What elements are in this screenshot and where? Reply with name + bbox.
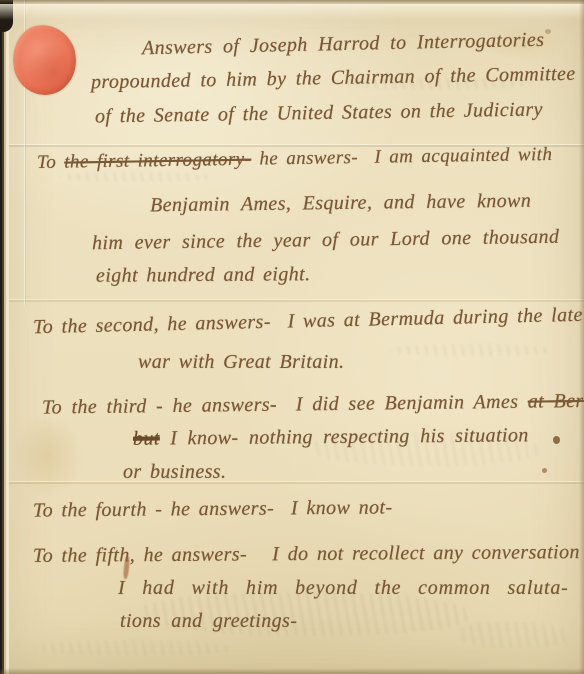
handwritten-text: or business. (123, 461, 226, 483)
handwritten-text: To the second, he answers- I was at Berm… (33, 304, 583, 338)
fold-crease (0, 481, 584, 484)
ink-spot (553, 436, 560, 444)
struck-text: at Bermuda (528, 389, 584, 412)
answer1-line-2: Benjamin Ames, Esquire, and have known (150, 190, 532, 217)
answer3-line-1: To the third - he answers- I did see Ben… (42, 389, 584, 418)
answer5-line-3: tions and greetings- (120, 610, 297, 632)
handwritten-text: war with Great Britain. (138, 351, 344, 373)
answer1-line-1: To the first interrogatory- he answers- … (37, 145, 553, 174)
heading-line-3: of the Senate of the United States on th… (95, 98, 543, 127)
paper-edge-right (579, 0, 584, 674)
bleedthrough-mark (58, 172, 211, 182)
answer1-line-4: eight hundred and eight. (96, 263, 311, 286)
answer2-line-1: To the second, he answers- I was at Berm… (33, 304, 583, 338)
answer4-line-1: To the fourth - he answers- I know not- (33, 496, 393, 521)
handwritten-text: tions and greetings- (120, 610, 297, 632)
paper-edge-bottom (0, 668, 584, 674)
answer1-line-3: him ever since the year of our Lord one … (92, 226, 560, 255)
heading-line-2: propounded to him by the Chairman of the… (91, 63, 576, 93)
handwritten-text: eight hundred and eight. (96, 263, 311, 286)
fold-crease (0, 299, 584, 302)
wax-seal (9, 21, 80, 98)
manuscript-page: Answers of Joseph Harrod to Interrogator… (0, 0, 584, 674)
bleedthrough-mark (388, 344, 552, 356)
handwritten-text: To the fifth, he answers- I do not recol… (33, 541, 580, 567)
paper-edge-left (0, 0, 9, 674)
ink-spot (545, 29, 551, 34)
handwritten-text: To (37, 152, 65, 173)
handwritten-text: To the third - he answers- I did see Ben… (42, 391, 528, 419)
answer3-line-2: but I know- nothing respecting his situa… (133, 424, 529, 449)
answer5-line-2: I had with him beyond the common saluta- (118, 577, 569, 599)
struck-text: the first interrogatory- (64, 149, 251, 173)
handwritten-text: of the Senate of the United States on th… (95, 98, 543, 127)
handwritten-text: I had with him beyond the common saluta- (118, 577, 569, 599)
ink-spot (542, 468, 547, 473)
answer3-line-3: or business. (123, 461, 226, 483)
handwritten-text: I know- nothing respecting his situation (160, 424, 529, 449)
handwritten-text: Benjamin Ames, Esquire, and have known (150, 190, 532, 217)
handwritten-text: To the fourth - he answers- I know not- (33, 496, 393, 521)
handwritten-text: he answers- I am acquainted with (251, 144, 552, 170)
struck-text: but (133, 427, 160, 449)
paper-edge-highlight (0, 4, 584, 20)
answer5-line-1: To the fifth, he answers- I do not recol… (33, 541, 580, 567)
answer2-line-2: war with Great Britain. (138, 351, 344, 373)
handwritten-text: him ever since the year of our Lord one … (92, 226, 560, 255)
handwritten-text: propounded to him by the Chairman of the… (91, 63, 576, 93)
bleedthrough-mark (451, 622, 574, 648)
bleedthrough-mark (32, 640, 237, 656)
